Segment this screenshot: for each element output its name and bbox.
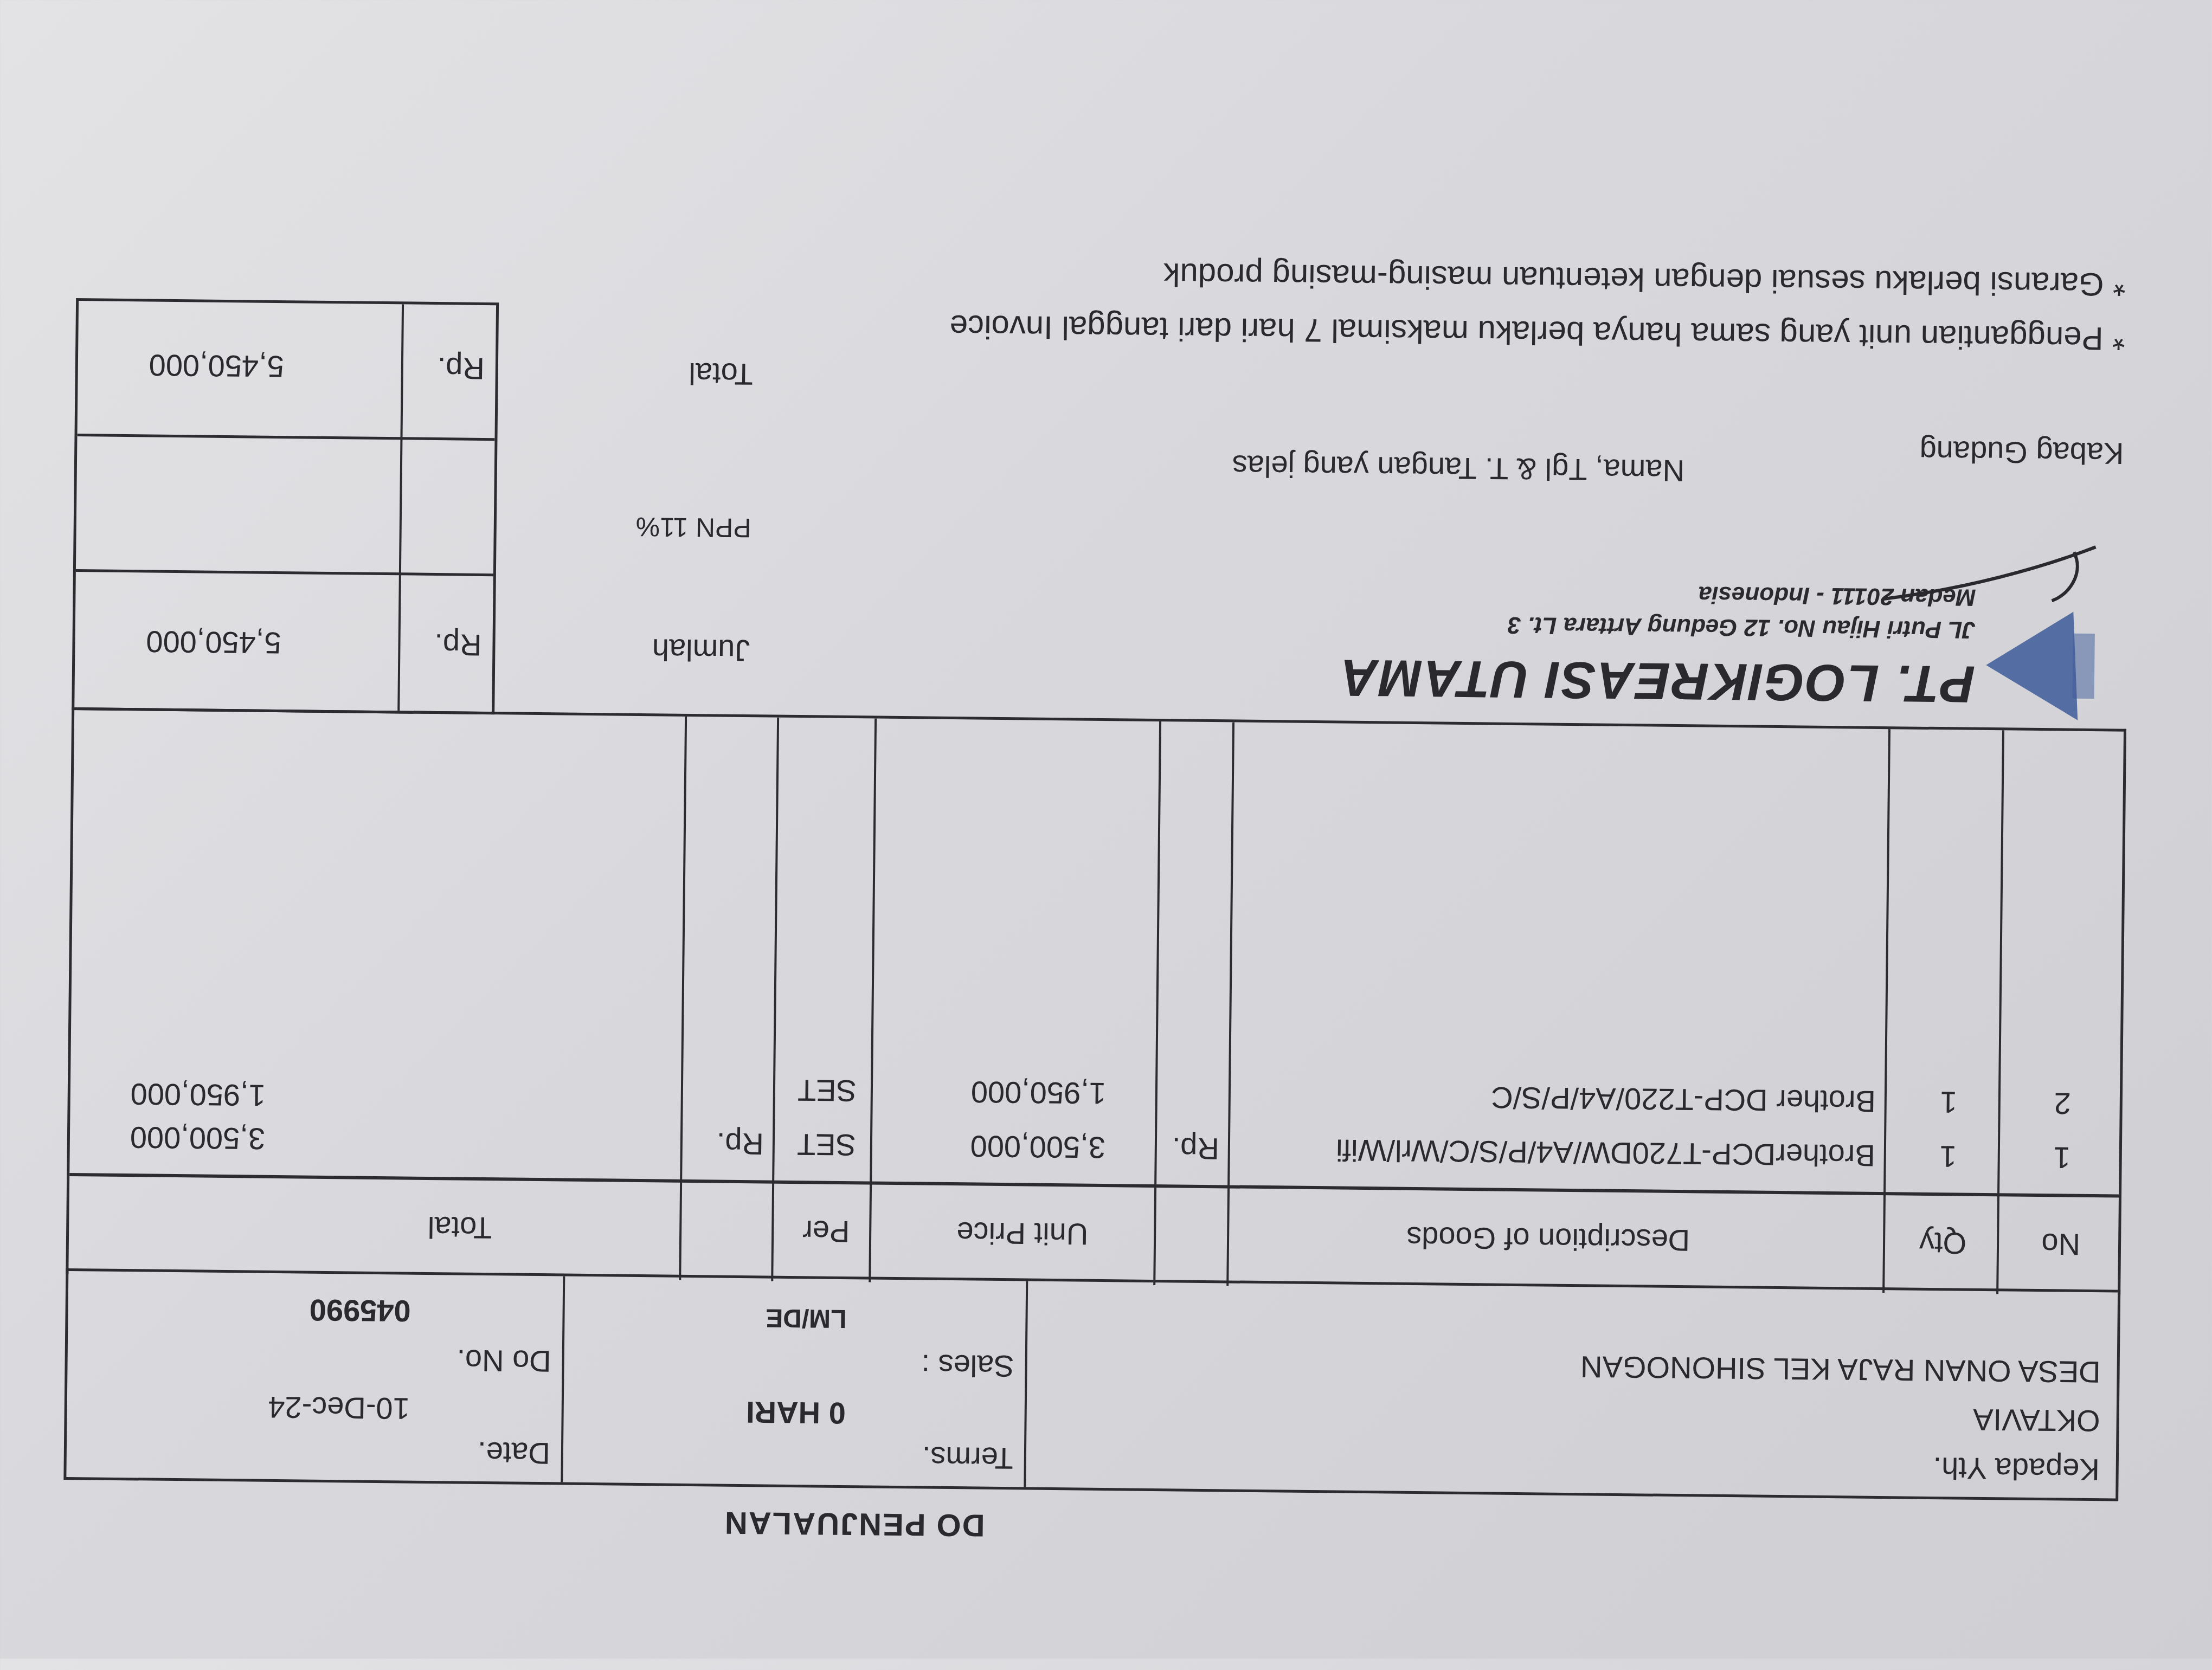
header-per: Per	[802, 1214, 850, 1249]
terms-value: 0 HARI	[746, 1395, 846, 1431]
row-total: 1,950,000	[130, 1076, 266, 1113]
date-value: 10-Dec-24	[268, 1390, 410, 1427]
header-block: Kepada Yth. OKTAVIA DESA ONAN RAJA KEL S…	[63, 1268, 2120, 1501]
customer-address: DESA ONAN RAJA KEL SIHONOGAN	[1580, 1349, 2101, 1390]
do-number-label: Do No.	[456, 1343, 551, 1379]
row-currency-total: Rp.	[716, 1126, 764, 1162]
header-unit-price: Unit Price	[956, 1215, 1088, 1252]
sales-label: Sales :	[921, 1347, 1014, 1384]
header-description: Description of Goods	[1406, 1220, 1690, 1258]
ppn-label: PPN 11%	[635, 511, 751, 544]
row-per: SET	[798, 1073, 857, 1108]
row-total: 3,500,000	[130, 1120, 265, 1157]
row-no: 1	[2053, 1140, 2070, 1175]
document-title: DO PENJUALAN	[724, 1505, 985, 1544]
row-unit-price: 1,950,000	[970, 1074, 1106, 1111]
row-qty: 1	[1940, 1085, 1957, 1120]
do-number-value: 045990	[309, 1293, 411, 1329]
row-no: 2	[2054, 1086, 2071, 1121]
date-label: Date.	[478, 1435, 551, 1471]
customer-block: Kepada Yth. OKTAVIA DESA ONAN RAJA KEL S…	[1024, 1281, 2118, 1498]
total-label: Total	[689, 356, 753, 392]
total-value: 5,450,000	[149, 347, 284, 384]
header-total: Total	[428, 1210, 492, 1246]
summary-table: Rp. 5,450,000 Rp. 5,450,000	[72, 298, 499, 714]
row-description: Brother DCP-T220/A4/P/S/C	[1491, 1080, 1876, 1119]
terms-block: Terms. 0 HARI Sales : LM/DE	[561, 1276, 1026, 1487]
jumlah-label: Jumlah	[652, 632, 750, 668]
header-no: No	[2041, 1227, 2080, 1262]
sales-value: LM/DE	[766, 1303, 847, 1333]
row-qty: 1	[1939, 1139, 1957, 1174]
rotated-photo: DO PENJUALAN Kepada Yth. OKTAVIA DESA ON…	[0, 0, 2212, 1659]
total-currency: Rp.	[437, 351, 485, 386]
signature-mark	[1878, 534, 2107, 634]
jumlah-value: 5,450,000	[146, 624, 281, 661]
items-table: No Qty Description of Goods Unit Price P…	[66, 707, 2126, 1295]
header-qty: Qty	[1919, 1226, 1967, 1261]
note-warranty: * Garansi berlaku sesuai dengan ketentua…	[1163, 256, 2126, 304]
date-block: Date. 10-Dec-24 Do No. 045990	[66, 1271, 563, 1482]
receiver-signature-label: Nama, Tgl & T. Tangan yang jelas	[1232, 448, 1684, 488]
customer-label: Kepada Yth.	[1933, 1450, 2100, 1487]
note-replacement: * Penggantian unit yang sama hanya berla…	[949, 308, 2125, 358]
company-name: PT. LOGIKREASI UTAMA	[1339, 647, 1975, 713]
delivery-order-document: DO PENJUALAN Kepada Yth. OKTAVIA DESA ON…	[47, 1534, 2118, 1556]
row-unit-price: 3,500,000	[970, 1129, 1105, 1165]
customer-name: OKTAVIA	[1973, 1402, 2100, 1439]
row-per: SET	[797, 1127, 857, 1163]
warehouse-signature-label: Kabag Gudang	[1919, 434, 2124, 472]
jumlah-currency: Rp.	[434, 627, 482, 663]
row-currency: Rp.	[1172, 1131, 1219, 1166]
terms-label: Terms.	[922, 1440, 1014, 1476]
row-description: BrotherDCP-T720DW/A4/P/S/C/Wrl/Wifi	[1336, 1132, 1875, 1173]
